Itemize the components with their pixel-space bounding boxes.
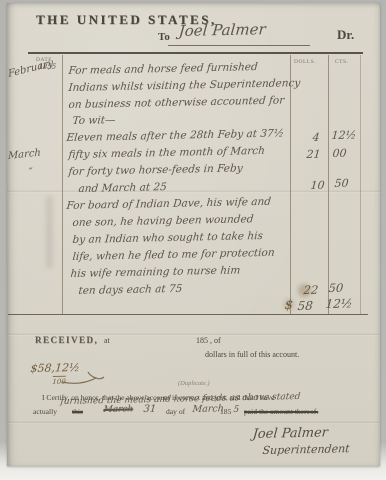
amount-cts: 50	[328, 281, 344, 295]
total-dolls: 58	[297, 299, 313, 313]
dolls-column-divider	[290, 55, 291, 314]
dolls-column-header: DOLLS.	[294, 59, 316, 65]
payee-underline	[168, 45, 310, 46]
dr-label: Dr.	[337, 27, 354, 43]
fold-crease	[7, 421, 380, 424]
date-column-divider	[62, 55, 63, 314]
received-label: RECEIVED,	[35, 335, 98, 345]
payee-name-handwritten: Joel Palmer	[178, 20, 266, 40]
received-year-blank: 185 , of	[196, 336, 221, 345]
certification-actually: actually	[33, 407, 57, 416]
flourish-arrow	[60, 370, 106, 386]
certification-year-digit: 5	[233, 405, 240, 415]
certification-struck-this: this	[72, 407, 83, 416]
certification-year-printed: 185	[220, 407, 231, 416]
amount-dolls: 4	[312, 131, 320, 144]
signature-name: Joel Palmer	[252, 425, 329, 442]
right-column-divider	[360, 55, 361, 314]
amount-dolls: 21	[306, 148, 321, 161]
certification-struck-tail: paid the amount thereof.	[244, 407, 318, 416]
duplicate-label: (Duplicate.)	[178, 380, 210, 387]
certification-day-of: day of	[166, 407, 185, 416]
ledger-line: To wit—	[72, 114, 116, 127]
total-dollar-sign: $	[284, 298, 294, 313]
amount-dolls: 22	[303, 283, 319, 297]
header-rule	[28, 52, 363, 54]
ink-bleedthrough-smudge	[46, 196, 53, 268]
scanned-document-page: { "colors": { "paper": "#d8d4c8", "ink_p…	[0, 0, 386, 480]
amount-cts: 12½	[331, 128, 357, 142]
amount-cts: 50	[334, 177, 349, 190]
certification-day-handwritten: 31	[143, 404, 157, 415]
signature-title: Superintendent	[262, 442, 350, 457]
received-at-label: at	[104, 336, 110, 345]
amount-dolls: 10	[310, 179, 325, 192]
received-dollars-line: dollars in full of this account.	[205, 350, 299, 359]
ledger-line: and March at 25	[78, 181, 167, 195]
total-cts: 12½	[325, 296, 353, 311]
table-bottom-rule	[8, 314, 368, 315]
certification-struck-handwritten: March	[103, 404, 134, 415]
ledger-line: ten days each at 75	[78, 283, 183, 297]
cts-column-divider	[328, 55, 329, 314]
cts-column-header: CTS.	[335, 59, 348, 65]
amount-cts: 00	[332, 147, 347, 160]
margin-ditto-mark: ″	[28, 167, 33, 178]
to-label: To	[158, 31, 170, 43]
